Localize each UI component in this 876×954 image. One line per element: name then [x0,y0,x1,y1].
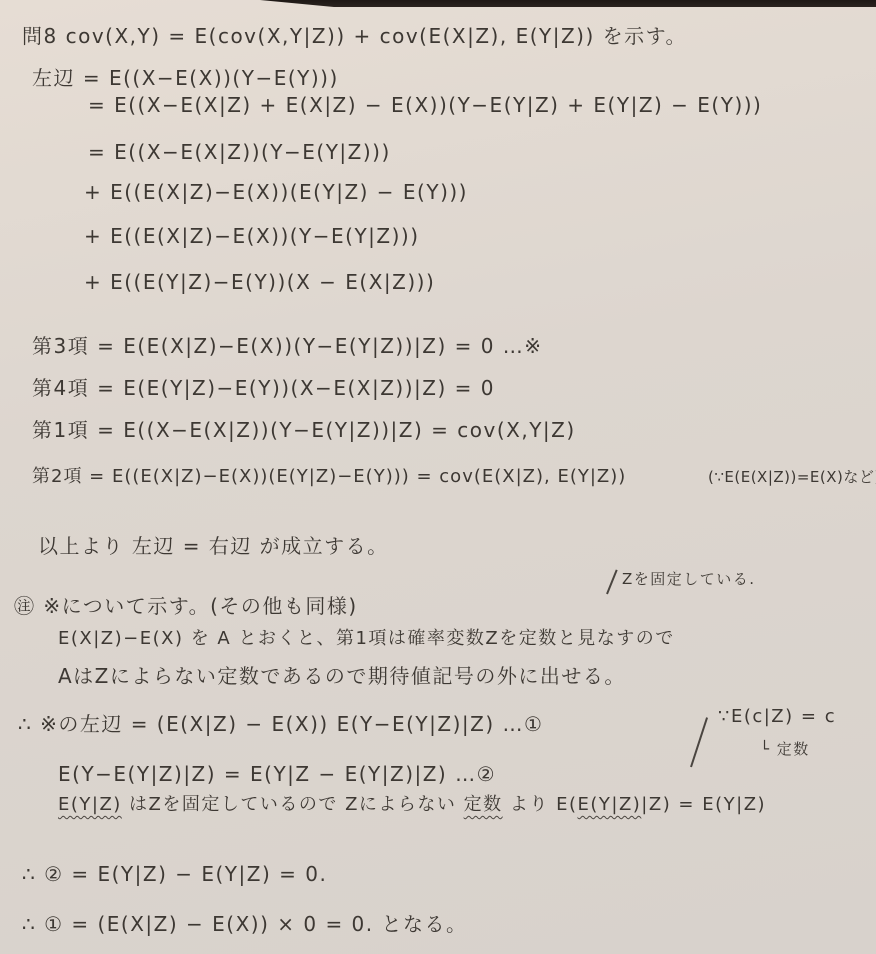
expansion-line-1: 左辺 = E((X−E(X))(Y−E(Y))) [32,62,339,91]
aside-constant-rule: ∵E(c|Z) = c [718,706,836,727]
note-line-5: E(Y|Z) はZを固定しているので Zによらない 定数 より E(E(Y|Z)… [58,790,766,816]
term-4: 第4項 = E(E(Y|Z)−E(Y))(X−E(X|Z))|Z) = 0 [32,372,495,401]
expansion-line-6: + E((E(Y|Z)−E(Y))(X − E(X|Z))) [84,270,435,294]
expansion-line-2: = E((X−E(X|Z) + E(X|Z) − E(X))(Y−E(Y|Z) … [88,93,762,117]
problem-statement: 問8 cov(X,Y) = E(cov(X,Y|Z)) + cov(E(X|Z)… [22,20,687,49]
background-edge [260,0,876,7]
underlined-conditional-expectation: E(Y|Z) [58,794,122,815]
note-intro: ㊟ ※について示す。(その他も同様) [14,590,358,619]
expansion-line-5: + E((E(X|Z)−E(X))(Y−E(Y|Z))) [84,224,420,248]
term-2: 第2項 = E((E(X|Z)−E(X))(E(Y|Z)−E(Y))) = co… [32,462,626,488]
term-1: 第1項 = E((X−E(X|Z))(Y−E(Y|Z))|Z) = cov(X,… [32,414,576,443]
expansion-line-3: = E((X−E(X|Z))(Y−E(Y|Z))) [88,140,391,164]
term-2-note: (∵E(E(X|Z))=E(X)など) [708,466,876,487]
aside-constant-label: └ 定数 [760,738,810,759]
term-3: 第3項 = E(E(X|Z)−E(X))(Y−E(Y|Z))|Z) = 0 …※ [32,330,543,359]
note-line-1: E(X|Z)−E(X) を A とおくと、第1項は確率変数Zを定数と見なすので [58,624,675,650]
note-line-6: ∴ ② = E(Y|Z) − E(Y|Z) = 0. [22,862,327,886]
note-line-4: E(Y−E(Y|Z)|Z) = E(Y|Z − E(Y|Z)|Z) …② [58,762,496,786]
note-line-3: ∴ ※の左辺 = (E(X|Z) − E(X)) E(Y−E(Y|Z)|Z) …… [18,708,543,737]
expansion-line-4: + E((E(X|Z)−E(X))(E(Y|Z) − E(Y))) [84,180,468,204]
underlined-constant: 定数 [464,794,503,815]
aside-fixed-z: Zを固定している. [622,568,756,589]
underlined-inner-expectation: E(Y|Z) [577,794,641,815]
note-line-2: AはZによらない定数であるので期待値記号の外に出せる。 [58,660,626,689]
conclusion: 以上より 左辺 = 右辺 が成立する。 [38,530,389,559]
note-line-7: ∴ ① = (E(X|Z) − E(X)) × 0 = 0. となる。 [22,908,468,937]
